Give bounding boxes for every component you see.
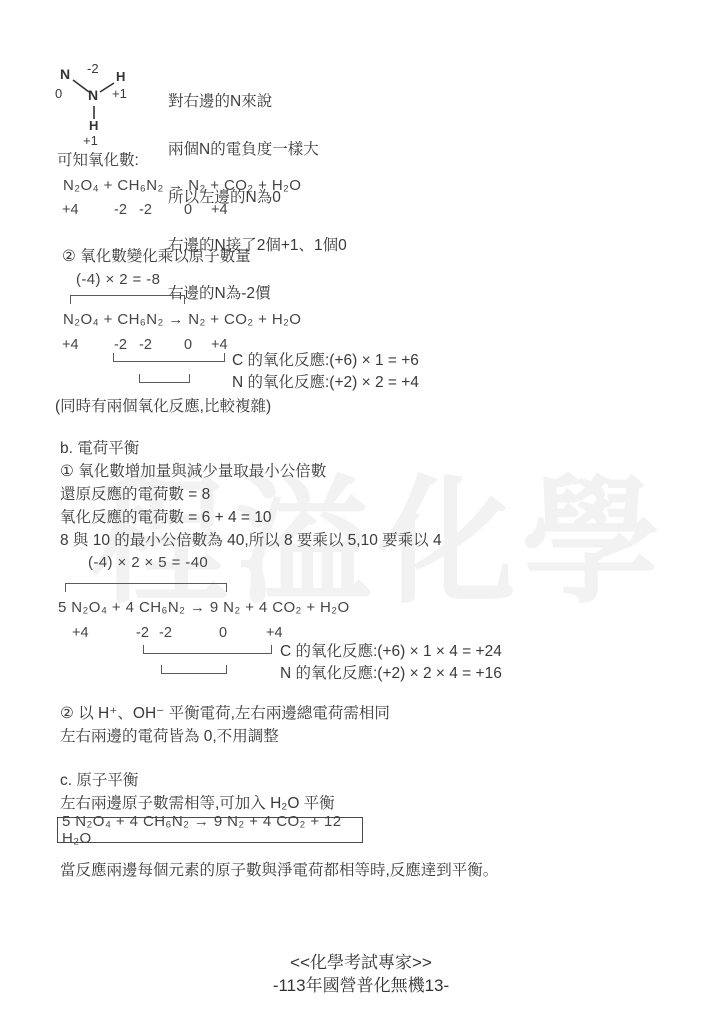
ox-number: +4 <box>266 624 283 642</box>
ox-number: -2 <box>114 201 127 219</box>
conclusion-line: 當反應兩邊每個元素的原子數與淨電荷都相等時,反應達到平衡。 <box>60 861 498 880</box>
n-oxidation-label-2: N 的氧化反應:(+2) × 2 × 4 = +16 <box>280 664 502 683</box>
section-b-step2-title: ② 以 H⁺、OH⁻ 平衡電荷,左右兩邊總電荷需相同 <box>60 704 390 723</box>
c-oxidation-bracket-2 <box>143 645 272 654</box>
ox-number: -2 <box>139 201 152 219</box>
n-oxidation-bracket <box>139 374 190 383</box>
ox-number: -2 <box>114 336 127 354</box>
ox-label-top: -2 <box>87 61 99 76</box>
c-oxidation-bracket <box>113 353 225 362</box>
ox-number: -2 <box>136 624 149 642</box>
equation-1: N₂O₄ + CH₆N₂ → N₂ + CO₂ + H₂O <box>63 177 301 196</box>
ox-number: +4 <box>211 201 228 219</box>
section-b-line3: 8 與 10 的最小公倍數為 40,所以 8 要乘以 5,10 要乘以 4 <box>60 531 442 550</box>
section-c-title: c. 原子平衡 <box>60 771 138 790</box>
balanced-equation-box: 5 N₂O₄ + 4 CH₆N₂ → 9 N₂ + 4 CO₂ + 12 H₂O <box>57 817 363 843</box>
bond-nleft-ncenter <box>73 80 89 92</box>
n-oxidation-bracket-2 <box>161 665 227 674</box>
ox-number: 0 <box>184 336 192 354</box>
document-page: 程溢化學 N -2 H 0 N +1 H +1 對右邊的N來說 兩個N的電負度一… <box>0 0 722 1024</box>
ox-label-left: 0 <box>55 86 62 101</box>
section-b-line1: 還原反應的電荷數 = 8 <box>60 485 210 504</box>
ox-number: +4 <box>211 336 228 354</box>
oxidation-intro-title: 可知氧化數: <box>57 151 139 170</box>
footer-brand: <<化學考試專家>> <box>0 948 722 973</box>
section-b-title: b. 電荷平衡 <box>60 439 139 458</box>
c-oxidation-label-2: C 的氧化反應:(+6) × 1 × 4 = +24 <box>280 642 502 661</box>
atom-n-center: N <box>88 87 98 103</box>
step2-calc: (-4) × 2 = -8 <box>76 271 160 290</box>
reduction-bracket-top-2 <box>65 583 227 592</box>
n-oxidation-label: N 的氧化反應:(+2) × 2 = +4 <box>232 373 419 392</box>
atom-h-bottom: H <box>89 118 98 133</box>
ox-number: +4 <box>62 336 79 354</box>
note-line: 兩個N的電負度一樣大 <box>168 142 347 158</box>
section-b-step1-title: ① 氧化數增加量與減少量取最小公倍數 <box>60 462 326 481</box>
ox-number: -2 <box>139 336 152 354</box>
ox-number: -2 <box>159 624 172 642</box>
molecule-notes: 對右邊的N來說 兩個N的電負度一樣大 所以左邊的N為0 右邊的N接了2個+1、1… <box>168 62 347 334</box>
note-line: 右邊的N為-2價 <box>168 286 347 302</box>
ox-label-bottom: +1 <box>83 133 98 148</box>
note-line: 對右邊的N來說 <box>168 94 347 110</box>
equation-3: 5 N₂O₄ + 4 CH₆N₂ → 9 N₂ + 4 CO₂ + H₂O <box>58 599 350 618</box>
step2-note: (同時有兩個氧化反應,比較複雜) <box>55 397 271 416</box>
reduction-bracket-top <box>70 295 185 304</box>
ox-number: +4 <box>62 201 79 219</box>
ox-number: 0 <box>184 201 192 219</box>
step2-title: ② 氧化數變化乘以原子數量 <box>62 247 251 266</box>
ox-number: +4 <box>72 624 89 642</box>
ox-number: 0 <box>219 624 227 642</box>
c-oxidation-label: C 的氧化反應:(+6) × 1 = +6 <box>232 351 419 370</box>
section-b-calc: (-4) × 2 × 5 = -40 <box>88 554 208 573</box>
equation-2: N₂O₄ + CH₆N₂ → N₂ + CO₂ + H₂O <box>63 311 301 330</box>
balanced-equation: 5 N₂O₄ + 4 CH₆N₂ → 9 N₂ + 4 CO₂ + 12 H₂O <box>62 813 362 847</box>
page-content: N -2 H 0 N +1 H +1 對右邊的N來說 兩個N的電負度一樣大 所以… <box>0 0 722 1024</box>
footer-page-label: -113年國營普化無機13- <box>0 971 722 996</box>
section-b-line2: 氧化反應的電荷數 = 6 + 4 = 10 <box>60 508 271 527</box>
section-c-line1: 左右兩邊原子數需相等,可加入 H₂O 平衡 <box>60 794 335 813</box>
section-b-step2-line: 左右兩邊的電荷皆為 0,不用調整 <box>60 727 279 746</box>
atom-h-topright: H <box>116 69 125 84</box>
ox-label-right: +1 <box>112 86 127 101</box>
atom-n-left: N <box>60 66 70 82</box>
